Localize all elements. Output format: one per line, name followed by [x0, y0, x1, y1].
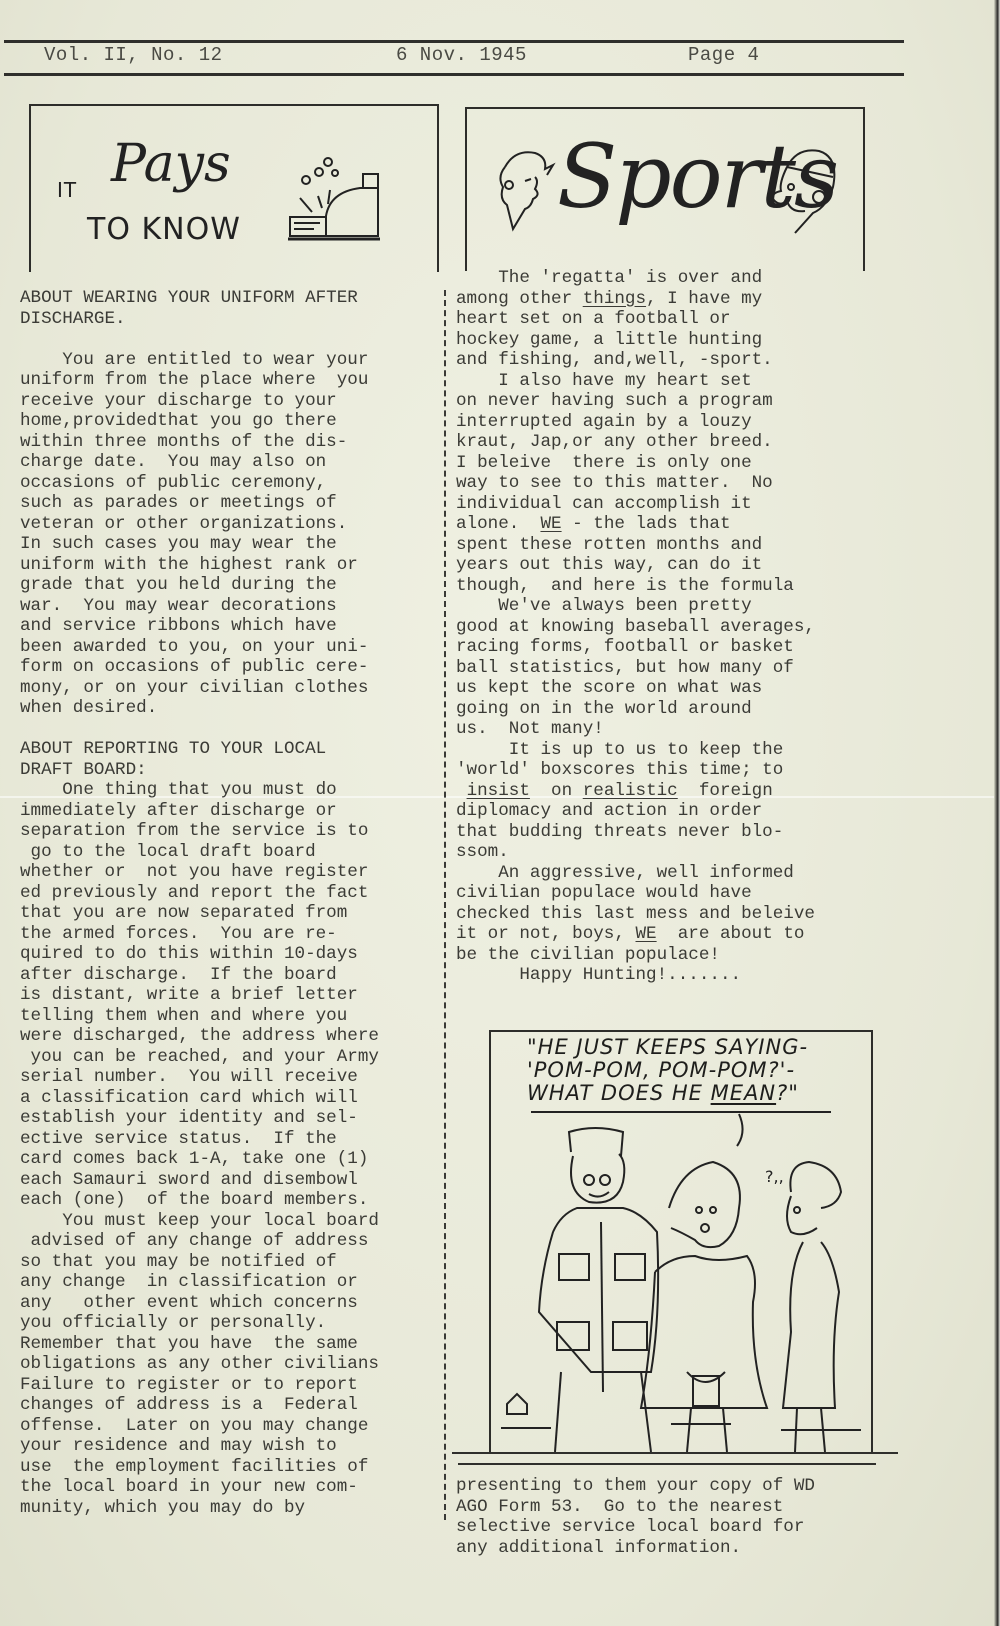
body-line: An aggressive, well informed — [456, 863, 815, 884]
body-line: ed previously and report the fact — [20, 883, 379, 904]
body-line: offense. Later on you may change — [20, 1416, 379, 1437]
cash-register-icon — [286, 156, 396, 246]
masthead-top-rule — [4, 40, 904, 43]
body-line: You are entitled to wear your — [20, 350, 379, 371]
body-line: You must keep your local board — [20, 1211, 379, 1232]
continuation-text: presenting to them your copy of WDAGO Fo… — [456, 1476, 815, 1558]
right-column-article: The 'regatta' is over andamong other thi… — [456, 268, 815, 986]
body-line: and fishing, and,well, -sport. — [456, 350, 815, 371]
body-line: go to the local draft board — [20, 842, 379, 863]
body-line: any additional information. — [456, 1538, 815, 1559]
body-line: serial number. You will receive — [20, 1067, 379, 1088]
body-line: and service ribbons which have — [20, 616, 379, 637]
body-line: establish your identity and sel- — [20, 1108, 379, 1129]
body-line: good at knowing baseball averages, — [456, 617, 815, 638]
body-line: ective service status. If the — [20, 1129, 379, 1150]
newsletter-page: Vol. II, No. 12 6 Nov. 1945 Page 4 IT Pa… — [0, 0, 994, 1626]
body-line: kraut, Jap,or any other breed. — [456, 432, 815, 453]
body-line: insist on realistic foreign — [456, 781, 815, 802]
issue-date: 6 Nov. 1945 — [396, 44, 527, 66]
page-number: Page 4 — [688, 44, 759, 66]
underlined-word: insist — [467, 781, 530, 801]
body-line: you officially or personally. — [20, 1313, 379, 1334]
body-line: individual can accomplish it — [456, 494, 815, 515]
section-heading: ABOUT WEARING YOUR UNIFORM AFTER — [20, 288, 379, 309]
body-line: separation from the service is to — [20, 821, 379, 842]
baseball-player-face-icon — [495, 147, 565, 237]
body-line: mony, or on your civilian clothes — [20, 678, 379, 699]
body-line: veteran or other organizations. — [20, 514, 379, 535]
underlined-word: WE — [636, 924, 657, 944]
section-heading: ABOUT REPORTING TO YOUR LOCAL — [20, 739, 379, 760]
body-line: though, and here is the formula — [456, 576, 815, 597]
body-line: Happy Hunting!....... — [456, 965, 815, 986]
body-line: presenting to them your copy of WD — [456, 1476, 815, 1497]
body-line: grade that you held during the — [20, 575, 379, 596]
underlined-word: realistic — [583, 781, 678, 801]
body-line: civilian populace would have — [456, 883, 815, 904]
body-line: checked this last mess and beleive — [456, 904, 815, 925]
underlined-word: things — [583, 289, 646, 309]
body-line — [20, 329, 379, 350]
header-block-text: TO KNOW — [87, 212, 241, 247]
body-line: interrupted again by a louzy — [456, 412, 815, 433]
cartoon-bottom-rule — [452, 1452, 898, 1454]
body-line: any other event which concerns — [20, 1293, 379, 1314]
header-script-text: Pays — [111, 134, 231, 194]
body-line: uniform with the highest rank or — [20, 555, 379, 576]
body-line: way to see to this matter. No — [456, 473, 815, 494]
body-line: be the civilian populace! — [456, 945, 815, 966]
body-line: is distant, write a brief letter — [20, 985, 379, 1006]
section-heading: DISCHARGE. — [20, 309, 379, 330]
column-divider — [444, 290, 446, 1520]
body-line: on never having such a program — [456, 391, 815, 412]
body-line: The 'regatta' is over and — [456, 268, 815, 289]
body-line: telling them when and where you — [20, 1006, 379, 1027]
body-line: whether or not you have register — [20, 862, 379, 883]
body-line: spent these rotten months and — [456, 535, 815, 556]
body-line: charge date. You may also on — [20, 452, 379, 473]
body-line: when desired. — [20, 698, 379, 719]
continuation-rule — [458, 1463, 876, 1465]
body-line: We've always been pretty — [456, 596, 815, 617]
left-column-article: ABOUT WEARING YOUR UNIFORM AFTERDISCHARG… — [20, 288, 379, 1518]
body-line: so that you may be notified of — [20, 1252, 379, 1273]
body-line: us. Not many! — [456, 719, 815, 740]
body-line: advised of any change of address — [20, 1231, 379, 1252]
body-line: you can be reached, and your Army — [20, 1047, 379, 1068]
body-line: such as parades or meetings of — [20, 493, 379, 514]
body-line: the local board in your new com- — [20, 1477, 379, 1498]
body-line: after discharge. If the board — [20, 965, 379, 986]
body-line: it or not, boys, WE are about to — [456, 924, 815, 945]
football-player-face-icon — [767, 147, 847, 247]
body-line: that budding threats never blo- — [456, 822, 815, 843]
page-edge — [994, 0, 1000, 1626]
body-line: among other things, I have my — [456, 289, 815, 310]
body-line: 'world' boxscores this time; to — [456, 760, 815, 781]
cartoon-panel: "HE JUST KEEPS SAYING-'POM-POM, POM-POM?… — [489, 1030, 873, 1452]
body-line: years out this way, can do it — [456, 555, 815, 576]
body-line: One thing that you must do — [20, 780, 379, 801]
sports-header: Sports — [465, 107, 865, 271]
body-line: I also have my heart set — [456, 371, 815, 392]
body-line: within three months of the dis- — [20, 432, 379, 453]
body-line: the armed forces. You are re- — [20, 924, 379, 945]
body-line: immediately after discharge or — [20, 801, 379, 822]
body-line: racing forms, football or basket — [456, 637, 815, 658]
body-line: It is up to us to keep the — [456, 740, 815, 761]
cartoon-soldier-and-two-women-icon: ?,, — [491, 1032, 871, 1452]
body-line: form on occasions of public cere- — [20, 657, 379, 678]
body-line: that you are now separated from — [20, 903, 379, 924]
volume-number: Vol. II, No. 12 — [44, 44, 223, 66]
body-line: diplomacy and action in order — [456, 801, 815, 822]
body-line: each Samauri sword and disembowl — [20, 1170, 379, 1191]
body-line: us kept the score on what was — [456, 678, 815, 699]
body-line: munity, which you may do by — [20, 1498, 379, 1519]
body-line: uniform from the place where you — [20, 370, 379, 391]
masthead-bottom-rule — [4, 73, 904, 76]
body-line: ball statistics, but how many of — [456, 658, 815, 679]
body-line: been awarded to you, on your uni- — [20, 637, 379, 658]
body-line: ssom. — [456, 842, 815, 863]
body-line: In such cases you may wear the — [20, 534, 379, 555]
body-line: I beleive there is only one — [456, 453, 815, 474]
body-line: receive your discharge to your — [20, 391, 379, 412]
body-line: occasions of public ceremony, — [20, 473, 379, 494]
body-line: a classification card which will — [20, 1088, 379, 1109]
body-line: your residence and may wish to — [20, 1436, 379, 1457]
header-small-text: IT — [57, 178, 77, 202]
body-line: war. You may wear decorations — [20, 596, 379, 617]
underlined-word: WE — [540, 514, 561, 534]
body-line: changes of address is a Federal — [20, 1395, 379, 1416]
body-line: home,providedthat you go there — [20, 411, 379, 432]
body-line: any change in classification or — [20, 1272, 379, 1293]
body-line: hockey game, a little hunting — [456, 330, 815, 351]
body-line: Remember that you have the same — [20, 1334, 379, 1355]
spacer-line — [20, 719, 379, 740]
body-line: card comes back 1-A, take one (1) — [20, 1149, 379, 1170]
svg-text:?,,: ?,, — [765, 1167, 784, 1186]
body-line: were discharged, the address where — [20, 1026, 379, 1047]
body-line: AGO Form 53. Go to the nearest — [456, 1497, 815, 1518]
body-line: obligations as any other civilians — [20, 1354, 379, 1375]
body-line: selective service local board for — [456, 1517, 815, 1538]
section-heading: DRAFT BOARD: — [20, 760, 379, 781]
body-line: going on in the world around — [456, 699, 815, 720]
body-line: alone. WE - the lads that — [456, 514, 815, 535]
it-pays-to-know-header: IT Pays TO KNOW — [29, 104, 439, 272]
body-line: Failure to register or to report — [20, 1375, 379, 1396]
body-line: use the employment facilities of — [20, 1457, 379, 1478]
body-line: quired to do this within 10-days — [20, 944, 379, 965]
body-line: heart set on a football or — [456, 309, 815, 330]
body-line: each (one) of the board members. — [20, 1190, 379, 1211]
